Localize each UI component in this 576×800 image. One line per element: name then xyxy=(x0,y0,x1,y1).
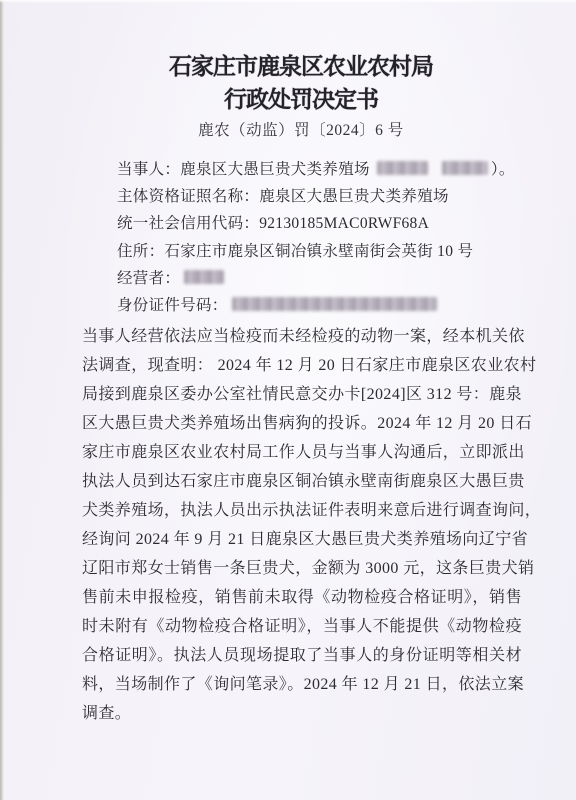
body-line: 辽阳市郑女士销售一条巨贵犬，金额为 3000 元，这条巨贵犬销 xyxy=(82,554,522,583)
redacted-id-number xyxy=(232,297,437,311)
body-line: 售前未申报检疫，销售前未取得《动物检疫合格证明》，销售 xyxy=(82,583,522,612)
scanned-document-page: 石家庄市鹿泉区农业农村局 行政处罚决定书 鹿农（动监）罚〔2024〕6 号 当事… xyxy=(0,0,576,800)
document-title: 石家庄市鹿泉区农业农村局 行政处罚决定书 xyxy=(26,50,576,116)
info-line-operator: 经营者： xyxy=(117,265,547,292)
redacted-party-name-2 xyxy=(442,161,488,175)
body-line: 料，当场制作了《询问笔录》。2024 年 12 月 21 日，依法立案 xyxy=(82,670,522,699)
body-paragraph: 当事人经营依法应当检疫而未经检疫的动物一案，经本机关依 法调查，现查明： 202… xyxy=(82,322,522,728)
body-line: 调查。 xyxy=(82,699,522,728)
redacted-party-name-1 xyxy=(377,161,428,175)
body-line: 合格证明》。执法人员现场提取了当事人的身份证明等相关材 xyxy=(82,641,522,670)
body-line: 时未附有《动物检疫合格证明》，当事人不能提供《动物检疫 xyxy=(82,612,522,641)
party-label-value: 当事人：鹿泉区大愚巨贵犬类养殖场 xyxy=(117,161,370,178)
doc-number: 鹿农（动监）罚〔2024〕6 号 xyxy=(26,118,576,140)
info-line-party: 当事人：鹿泉区大愚巨贵犬类养殖场）。 xyxy=(117,156,547,183)
party-info-block: 当事人：鹿泉区大愚巨贵犬类养殖场）。 主体资格证照名称：鹿泉区大愚巨贵犬类养殖场… xyxy=(117,156,547,319)
redacted-operator-name xyxy=(184,270,224,284)
body-line: 经询问 2024 年 9 月 21 日鹿泉区大愚巨贵犬类养殖场向辽宁省 xyxy=(82,525,522,554)
info-line-address: 住所：石家庄市鹿泉区铜冶镇永壁南街会英街 10 号 xyxy=(117,238,547,265)
body-line: 当事人经营依法应当检疫而未经检疫的动物一案，经本机关依 xyxy=(82,322,522,351)
body-line: 区大愚巨贵犬类养殖场出售病狗的投诉。2024 年 12 月 20 日石 xyxy=(82,409,522,438)
info-line-credit-code: 统一社会信用代码：92130185MAC0RWF68A xyxy=(117,210,547,237)
body-line: 家庄市鹿泉区农业农村局工作人员与当事人沟通后，立即派出 xyxy=(82,438,522,467)
body-line: 法调查，现查明： 2024 年 12 月 20 日石家庄市鹿泉区农业农村 xyxy=(82,351,522,380)
body-line: 执法人员到达石家庄市鹿泉区铜冶镇永壁南街鹿泉区大愚巨贵 xyxy=(82,467,522,496)
id-number-label: 身份证件号码： xyxy=(117,297,228,314)
info-line-license-name: 主体资格证照名称：鹿泉区大愚巨贵犬类养殖场 xyxy=(117,183,547,210)
info-line-id-number: 身份证件号码： xyxy=(117,292,547,319)
party-suffix: ）。 xyxy=(491,161,515,178)
document-content: 石家庄市鹿泉区农业农村局 行政处罚决定书 鹿农（动监）罚〔2024〕6 号 当事… xyxy=(0,0,576,800)
doc-type-title: 行政处罚决定书 xyxy=(26,83,576,116)
body-line: 局接到鹿泉区委办公室社情民意交办卡[2024]区 312 号：鹿泉 xyxy=(82,380,522,409)
agency-title: 石家庄市鹿泉区农业农村局 xyxy=(26,50,576,83)
operator-label: 经营者： xyxy=(117,270,180,287)
body-line: 犬类养殖场，执法人员出示执法证件表明来意后进行调查询问， xyxy=(82,496,522,525)
